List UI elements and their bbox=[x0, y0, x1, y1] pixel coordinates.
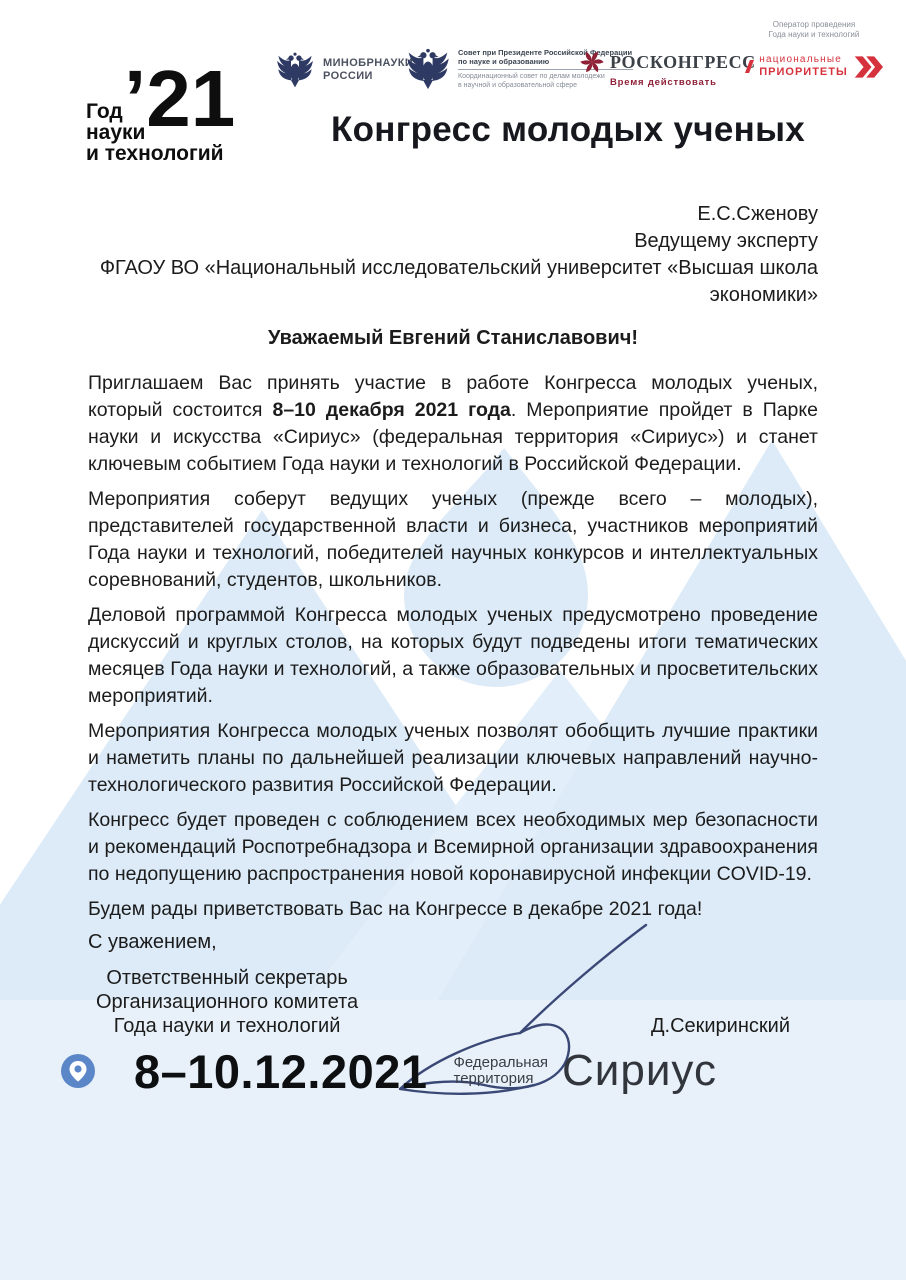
natprior-slash-icon bbox=[745, 59, 754, 74]
paragraph-1-dates: 8–10 декабря 2021 года bbox=[272, 399, 510, 421]
council-eagle-icon bbox=[406, 44, 450, 94]
year-logo-line1: Год bbox=[86, 100, 123, 123]
recipient-org-line1: ФГАОУ ВО «Национальный исследовательский… bbox=[88, 255, 818, 282]
signature-greeting: С уважением, bbox=[88, 931, 818, 954]
natprior-caption2: Года науки и технологий bbox=[742, 30, 886, 40]
page-title: Конгресс молодых ученых bbox=[230, 110, 906, 150]
paragraph-2: Мероприятия соберут ведущих ученых (преж… bbox=[88, 486, 818, 594]
national-priorities-logo: Оператор проведения Года науки и техноло… bbox=[742, 20, 886, 79]
footer-territory: Федеральная территория bbox=[454, 1055, 549, 1087]
year-logo-line2: науки bbox=[86, 121, 145, 144]
recipient-block: Е.С.Сженову Ведущему эксперту ФГАОУ ВО «… bbox=[88, 201, 818, 309]
minobrnauki-line1: МИНОБРНАУКИ bbox=[323, 57, 413, 70]
signature-role-line1: Ответственный секретарь bbox=[96, 966, 358, 990]
paragraph-6: Будем рады приветствовать Вас на Конгрес… bbox=[88, 896, 818, 923]
natprior-line1: национальные bbox=[759, 54, 848, 66]
paragraph-5: Конгресс будет проведен с соблюдением вс… bbox=[88, 807, 818, 888]
salutation: Уважаемый Евгений Станиславович! bbox=[0, 327, 906, 350]
natprior-line2: ПРИОРИТЕТЫ bbox=[759, 66, 848, 79]
paragraph-1: Приглашаем Вас принять участие в работе … bbox=[88, 370, 818, 478]
letter-body: Приглашаем Вас принять участие в работе … bbox=[88, 370, 818, 923]
roscongress-tagline: Время действовать bbox=[610, 77, 756, 88]
year-logo-line3: и технологий bbox=[86, 142, 224, 165]
footer-territory-line2: территория bbox=[454, 1071, 549, 1087]
minobrnauki-logo: МИНОБРНАУКИ РОССИИ bbox=[276, 48, 413, 92]
location-pin-icon bbox=[60, 1053, 96, 1089]
roscongress-logo: РОСКОНГРЕСС Время действовать bbox=[580, 50, 756, 88]
letter-page: ’21 Год науки и технологий МИНОБРНАУКИ Р… bbox=[0, 0, 906, 1280]
recipient-role: Ведущему эксперту bbox=[88, 228, 818, 255]
minobrnauki-eagle-icon bbox=[276, 48, 314, 92]
letterhead: ’21 Год науки и технологий МИНОБРНАУКИ Р… bbox=[0, 0, 906, 185]
paragraph-4: Мероприятия Конгресса молодых ученых поз… bbox=[88, 718, 818, 799]
footer-banner: 8–10.12.2021 Федеральная территория Сири… bbox=[0, 1011, 906, 1131]
footer-place: Сириус bbox=[562, 1046, 717, 1096]
natprior-caption1: Оператор проведения bbox=[742, 20, 886, 30]
recipient-org-line2: экономики» bbox=[88, 282, 818, 309]
footer-dates: 8–10.12.2021 bbox=[134, 1044, 428, 1099]
roscongress-pinwheel-icon bbox=[580, 50, 604, 74]
natprior-chevrons-icon bbox=[853, 56, 883, 78]
minobrnauki-line2: РОССИИ bbox=[323, 70, 413, 83]
roscongress-name: РОСКОНГРЕСС bbox=[610, 52, 756, 73]
paragraph-3: Деловой программой Конгресса молодых уче… bbox=[88, 602, 818, 710]
footer-territory-line1: Федеральная bbox=[454, 1055, 549, 1071]
year-of-science-logo: ’21 Год науки и технологий bbox=[26, 18, 248, 176]
recipient-name: Е.С.Сженову bbox=[88, 201, 818, 228]
